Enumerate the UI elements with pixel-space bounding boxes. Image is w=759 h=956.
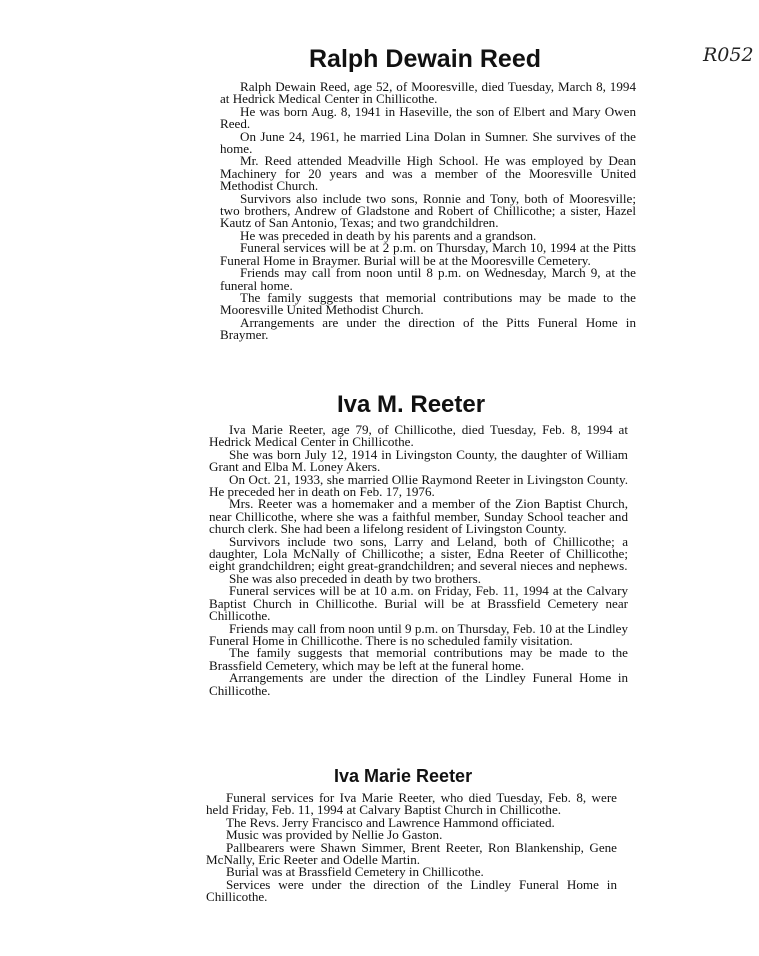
obituary-paragraph: He was born Aug. 8, 1941 in Haseville, t…: [220, 106, 636, 131]
obituary-paragraph: Pallbearers were Shawn Simmer, Brent Ree…: [206, 842, 617, 867]
obituary-headline-iva-marie-reeter: Iva Marie Reeter: [334, 766, 472, 787]
obituary-paragraph: Survivors also include two sons, Ronnie …: [220, 193, 636, 230]
obituary-paragraph: Arrangements are under the direction of …: [220, 317, 636, 342]
obituary-paragraph: Friends may call from noon until 9 p.m. …: [209, 623, 628, 648]
obituary-paragraph: Mr. Reed attended Meadville High School.…: [220, 155, 636, 192]
obituary-paragraph: On June 24, 1961, he married Lina Dolan …: [220, 131, 636, 156]
obituary-paragraph: She was born July 12, 1914 in Livingston…: [209, 449, 628, 474]
obituary-paragraph: Funeral services for Iva Marie Reeter, w…: [206, 792, 617, 817]
obituary-headline-ralph-reed: Ralph Dewain Reed: [309, 45, 541, 74]
obituary-body-ralph-reed: Ralph Dewain Reed, age 52, of Mooresvill…: [220, 81, 636, 342]
obituary-paragraph: The family suggests that memorial contri…: [209, 647, 628, 672]
obituary-paragraph: Survivors include two sons, Larry and Le…: [209, 536, 628, 573]
obituary-paragraph: The family suggests that memorial contri…: [220, 292, 636, 317]
obituary-paragraph: Arrangements are under the direction of …: [209, 672, 628, 697]
obituary-paragraph: Funeral services will be at 10 a.m. on F…: [209, 585, 628, 622]
obituary-paragraph: Services were under the direction of the…: [206, 879, 617, 904]
scanned-page: R052 Ralph Dewain Reed Ralph Dewain Reed…: [0, 0, 759, 956]
obituary-paragraph: Friends may call from noon until 8 p.m. …: [220, 267, 636, 292]
reference-mark: R052: [703, 44, 754, 66]
obituary-paragraph: Mrs. Reeter was a homemaker and a member…: [209, 498, 628, 535]
obituary-body-iva-m-reeter: Iva Marie Reeter, age 79, of Chillicothe…: [209, 424, 628, 697]
obituary-paragraph: Iva Marie Reeter, age 79, of Chillicothe…: [209, 424, 628, 449]
obituary-paragraph: Ralph Dewain Reed, age 52, of Mooresvill…: [220, 81, 636, 106]
obituary-headline-iva-m-reeter: Iva M. Reeter: [337, 391, 485, 419]
obituary-paragraph: On Oct. 21, 1933, she married Ollie Raym…: [209, 474, 628, 499]
obituary-body-iva-marie-reeter: Funeral services for Iva Marie Reeter, w…: [206, 792, 617, 904]
obituary-paragraph: Funeral services will be at 2 p.m. on Th…: [220, 242, 636, 267]
